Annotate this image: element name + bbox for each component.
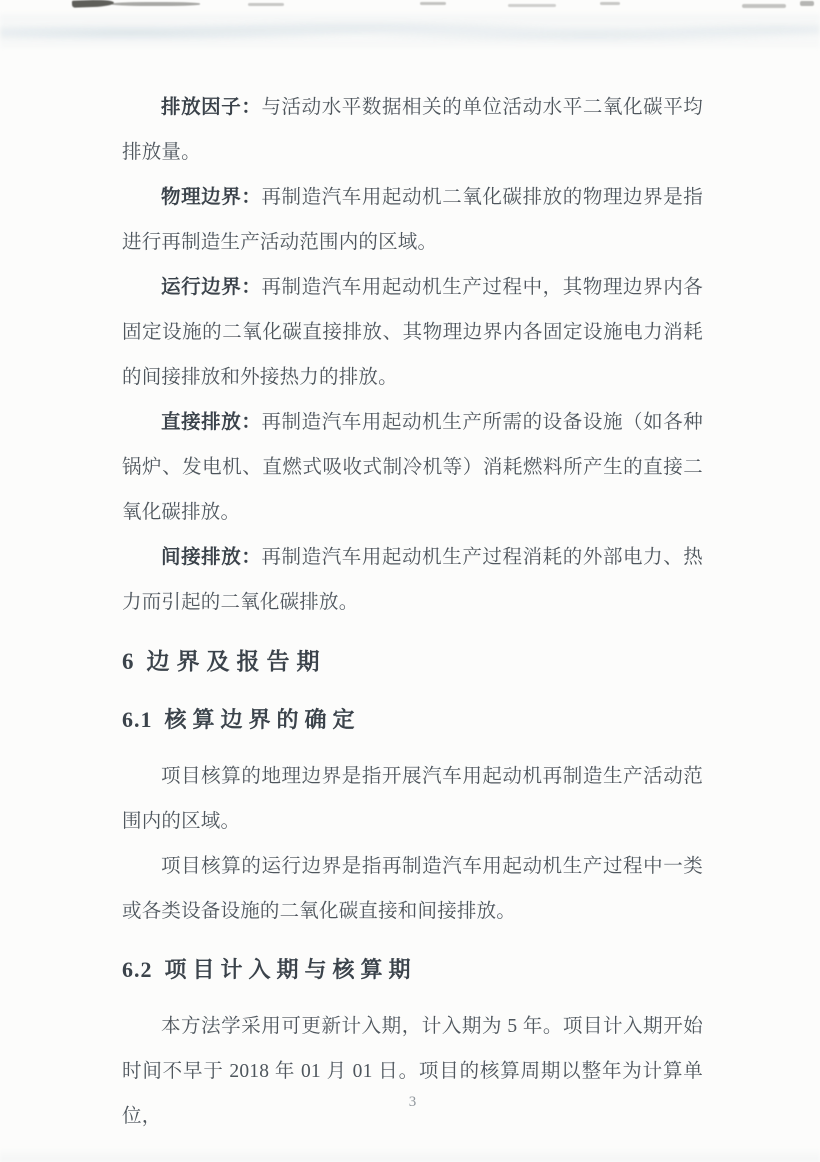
body-paragraph-crediting-period: 本方法学采用可更新计入期，计入期为 5 年。项目计入期开始时间不早于 2018 … (122, 1004, 703, 1139)
section-heading-6-2: 6.2项目计入期与核算期 (122, 947, 703, 992)
section-title: 边界及报告期 (147, 649, 327, 674)
section-heading-6: 6边界及报告期 (122, 639, 703, 684)
scan-smudge (508, 4, 556, 7)
scan-smudge (112, 2, 200, 6)
section-heading-6-1: 6.1核算边界的确定 (122, 697, 703, 742)
scan-smudge (420, 2, 446, 5)
definition-term: 直接排放： (161, 412, 261, 433)
section-number: 6.1 (122, 707, 153, 732)
scan-smudge (248, 3, 284, 6)
scan-smudge (800, 1, 814, 6)
section-number: 6.2 (122, 957, 153, 982)
scan-smudge (72, 0, 114, 8)
section-title: 核算边界的确定 (165, 707, 361, 732)
definition-term: 排放因子： (161, 97, 261, 118)
definition-term: 运行边界： (161, 277, 261, 298)
scan-smudge (742, 4, 786, 8)
scan-noise-bottom (0, 1148, 820, 1162)
definition-paragraph-emission-factor: 排放因子：与活动水平数据相关的单位活动水平二氧化碳平均排放量。 (122, 85, 703, 175)
page-content: 排放因子：与活动水平数据相关的单位活动水平二氧化碳平均排放量。 物理边界：再制造… (122, 85, 703, 1139)
section-title: 项目计入期与核算期 (165, 957, 417, 982)
body-paragraph-operational-boundary: 项目核算的运行边界是指再制造汽车用起动机生产过程中一类或各类设备设施的二氧化碳直… (122, 844, 703, 934)
section-number: 6 (122, 649, 135, 674)
definition-term: 间接排放： (161, 547, 261, 568)
scan-noise-band (0, 14, 820, 48)
definition-paragraph-physical-boundary: 物理边界：再制造汽车用起动机二氧化碳排放的物理边界是指进行再制造生产活动范围内的… (122, 175, 703, 265)
document-page: 排放因子：与活动水平数据相关的单位活动水平二氧化碳平均排放量。 物理边界：再制造… (0, 0, 820, 1162)
body-paragraph-geographic-boundary: 项目核算的地理边界是指开展汽车用起动机再制造生产活动范围内的区域。 (122, 754, 703, 844)
definition-paragraph-operational-boundary: 运行边界：再制造汽车用起动机生产过程中，其物理边界内各固定设施的二氧化碳直接排放… (122, 265, 703, 400)
definition-paragraph-direct-emission: 直接排放：再制造汽车用起动机生产所需的设备设施（如各种锅炉、发电机、直燃式吸收式… (122, 400, 703, 535)
page-number: 3 (122, 1092, 703, 1112)
definition-paragraph-indirect-emission: 间接排放：再制造汽车用起动机生产过程消耗的外部电力、热力而引起的二氧化碳排放。 (122, 535, 703, 625)
scan-smudge (600, 2, 620, 5)
definition-term: 物理边界： (161, 187, 261, 208)
